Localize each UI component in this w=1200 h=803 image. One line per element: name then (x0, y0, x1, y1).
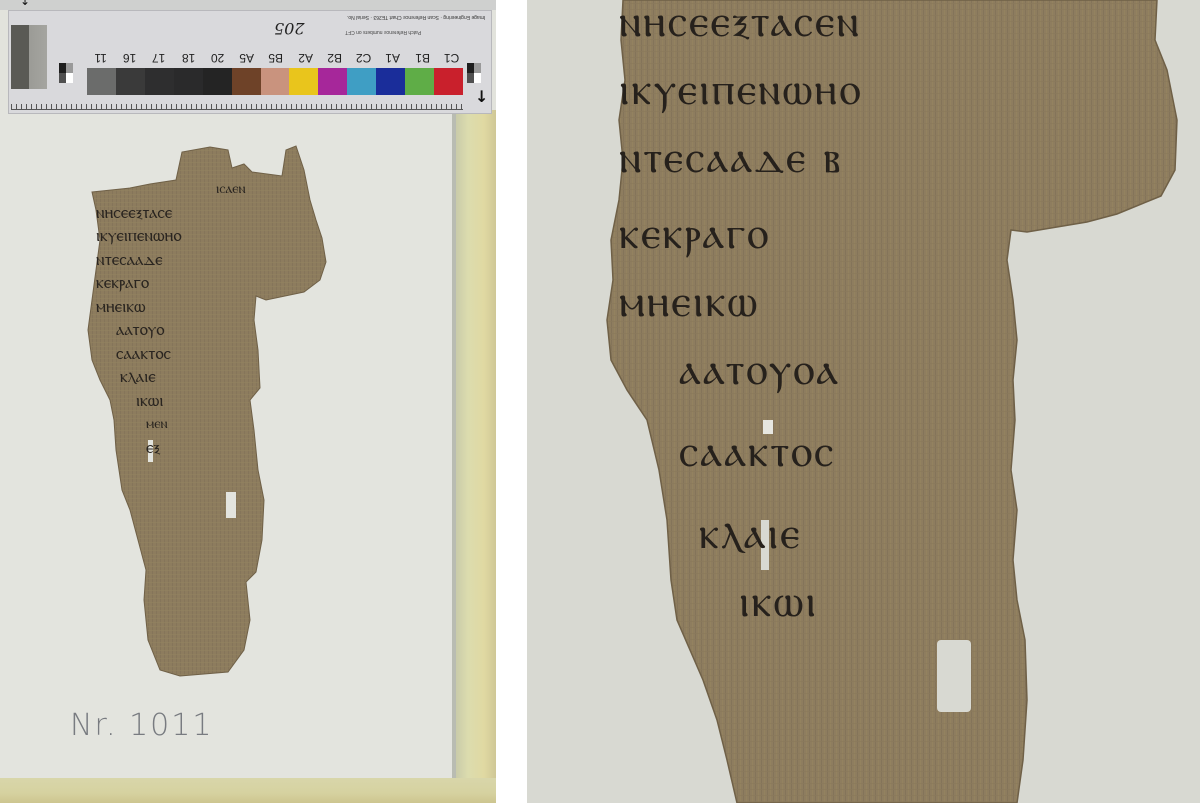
text-line: ⲕⲗⲁⲓⲉ (619, 500, 1179, 568)
text-line: ⲛⲧⲉⲥⲁⲁⲇⲉ ⲃ (619, 124, 1179, 192)
text-line: ⲥⲁⲁⲕⲧⲟⲥ (96, 343, 326, 367)
papyrus-text-closeup: ⲛⲏⲥⲉⲉⲝⲧⲁⲥⲉⲛ ⲓⲕⲩⲉⲓⲡⲉⲛⲱⲏⲟ ⲛⲧⲉⲥⲁⲁⲇⲉ ⲃ ⲕⲉⲕⲣⲁ… (619, 0, 1179, 636)
text-line: ⲓⲕⲩⲉⲓⲡⲉⲛⲱⲏⲟ (96, 225, 326, 249)
right-closeup-panel: ⲛⲏⲥⲉⲉⲝⲧⲁⲥⲉⲛ ⲓⲕⲩⲉⲓⲡⲉⲛⲱⲏⲟ ⲛⲧⲉⲥⲁⲁⲇⲉ ⲃ ⲕⲉⲕⲣⲁ… (527, 0, 1200, 803)
left-photo-panel: ↓ Image Engineering · Scan Reference Cha… (0, 0, 496, 803)
text-line: ⲙⲏⲉⲓⲕⲱ (619, 268, 1179, 336)
text-line: ⲕⲉⲕⲣⲁⲅⲟ (619, 200, 1179, 268)
text-line: ⲥⲁⲁⲕⲧⲟⲥ (619, 418, 1179, 486)
text-line: ⲙⲉⲛ (96, 413, 326, 437)
text-line: ⲕⲗⲁⲓⲉ (96, 366, 326, 390)
text-line: ⲁⲁⲧⲟⲩⲟⲁ (619, 336, 1179, 404)
panel-separator (496, 0, 527, 803)
text-line: ⲓⲕⲱⲓ (96, 390, 326, 414)
text-line: ⲁⲁⲧⲟⲩⲟ (96, 319, 326, 343)
text-line: ⲛⲧⲉⲥⲁⲁⲇⲉ (96, 249, 326, 273)
papyrus-text-small: ⲓⲥⲁⲉⲛ ⲛⲏⲥⲉⲉⲝⲧⲁⲥⲉ ⲓⲕⲩⲉⲓⲡⲉⲛⲱⲏⲟ ⲛⲧⲉⲥⲁⲁⲇⲉ ⲕⲉ… (96, 178, 326, 460)
text-line: ⲉⲝ (96, 437, 326, 461)
text-line: ⲛⲏⲥⲉⲉⲝⲧⲁⲥⲉⲛ (619, 0, 1179, 56)
text-line: ⲓⲕⲱⲓ (619, 568, 1179, 636)
text-line: ⲙⲏⲉⲓⲕⲱ (96, 296, 326, 320)
text-line: ⲓⲕⲩⲉⲓⲡⲉⲛⲱⲏⲟ (619, 56, 1179, 124)
inventory-number-label: Nr. 1011 (70, 708, 213, 743)
text-line: ⲕⲉⲕⲣⲁⲅⲟ (96, 272, 326, 296)
text-line: ⲛⲏⲥⲉⲉⲝⲧⲁⲥⲉ (96, 202, 326, 226)
text-line: ⲓⲥⲁⲉⲛ (96, 178, 326, 202)
